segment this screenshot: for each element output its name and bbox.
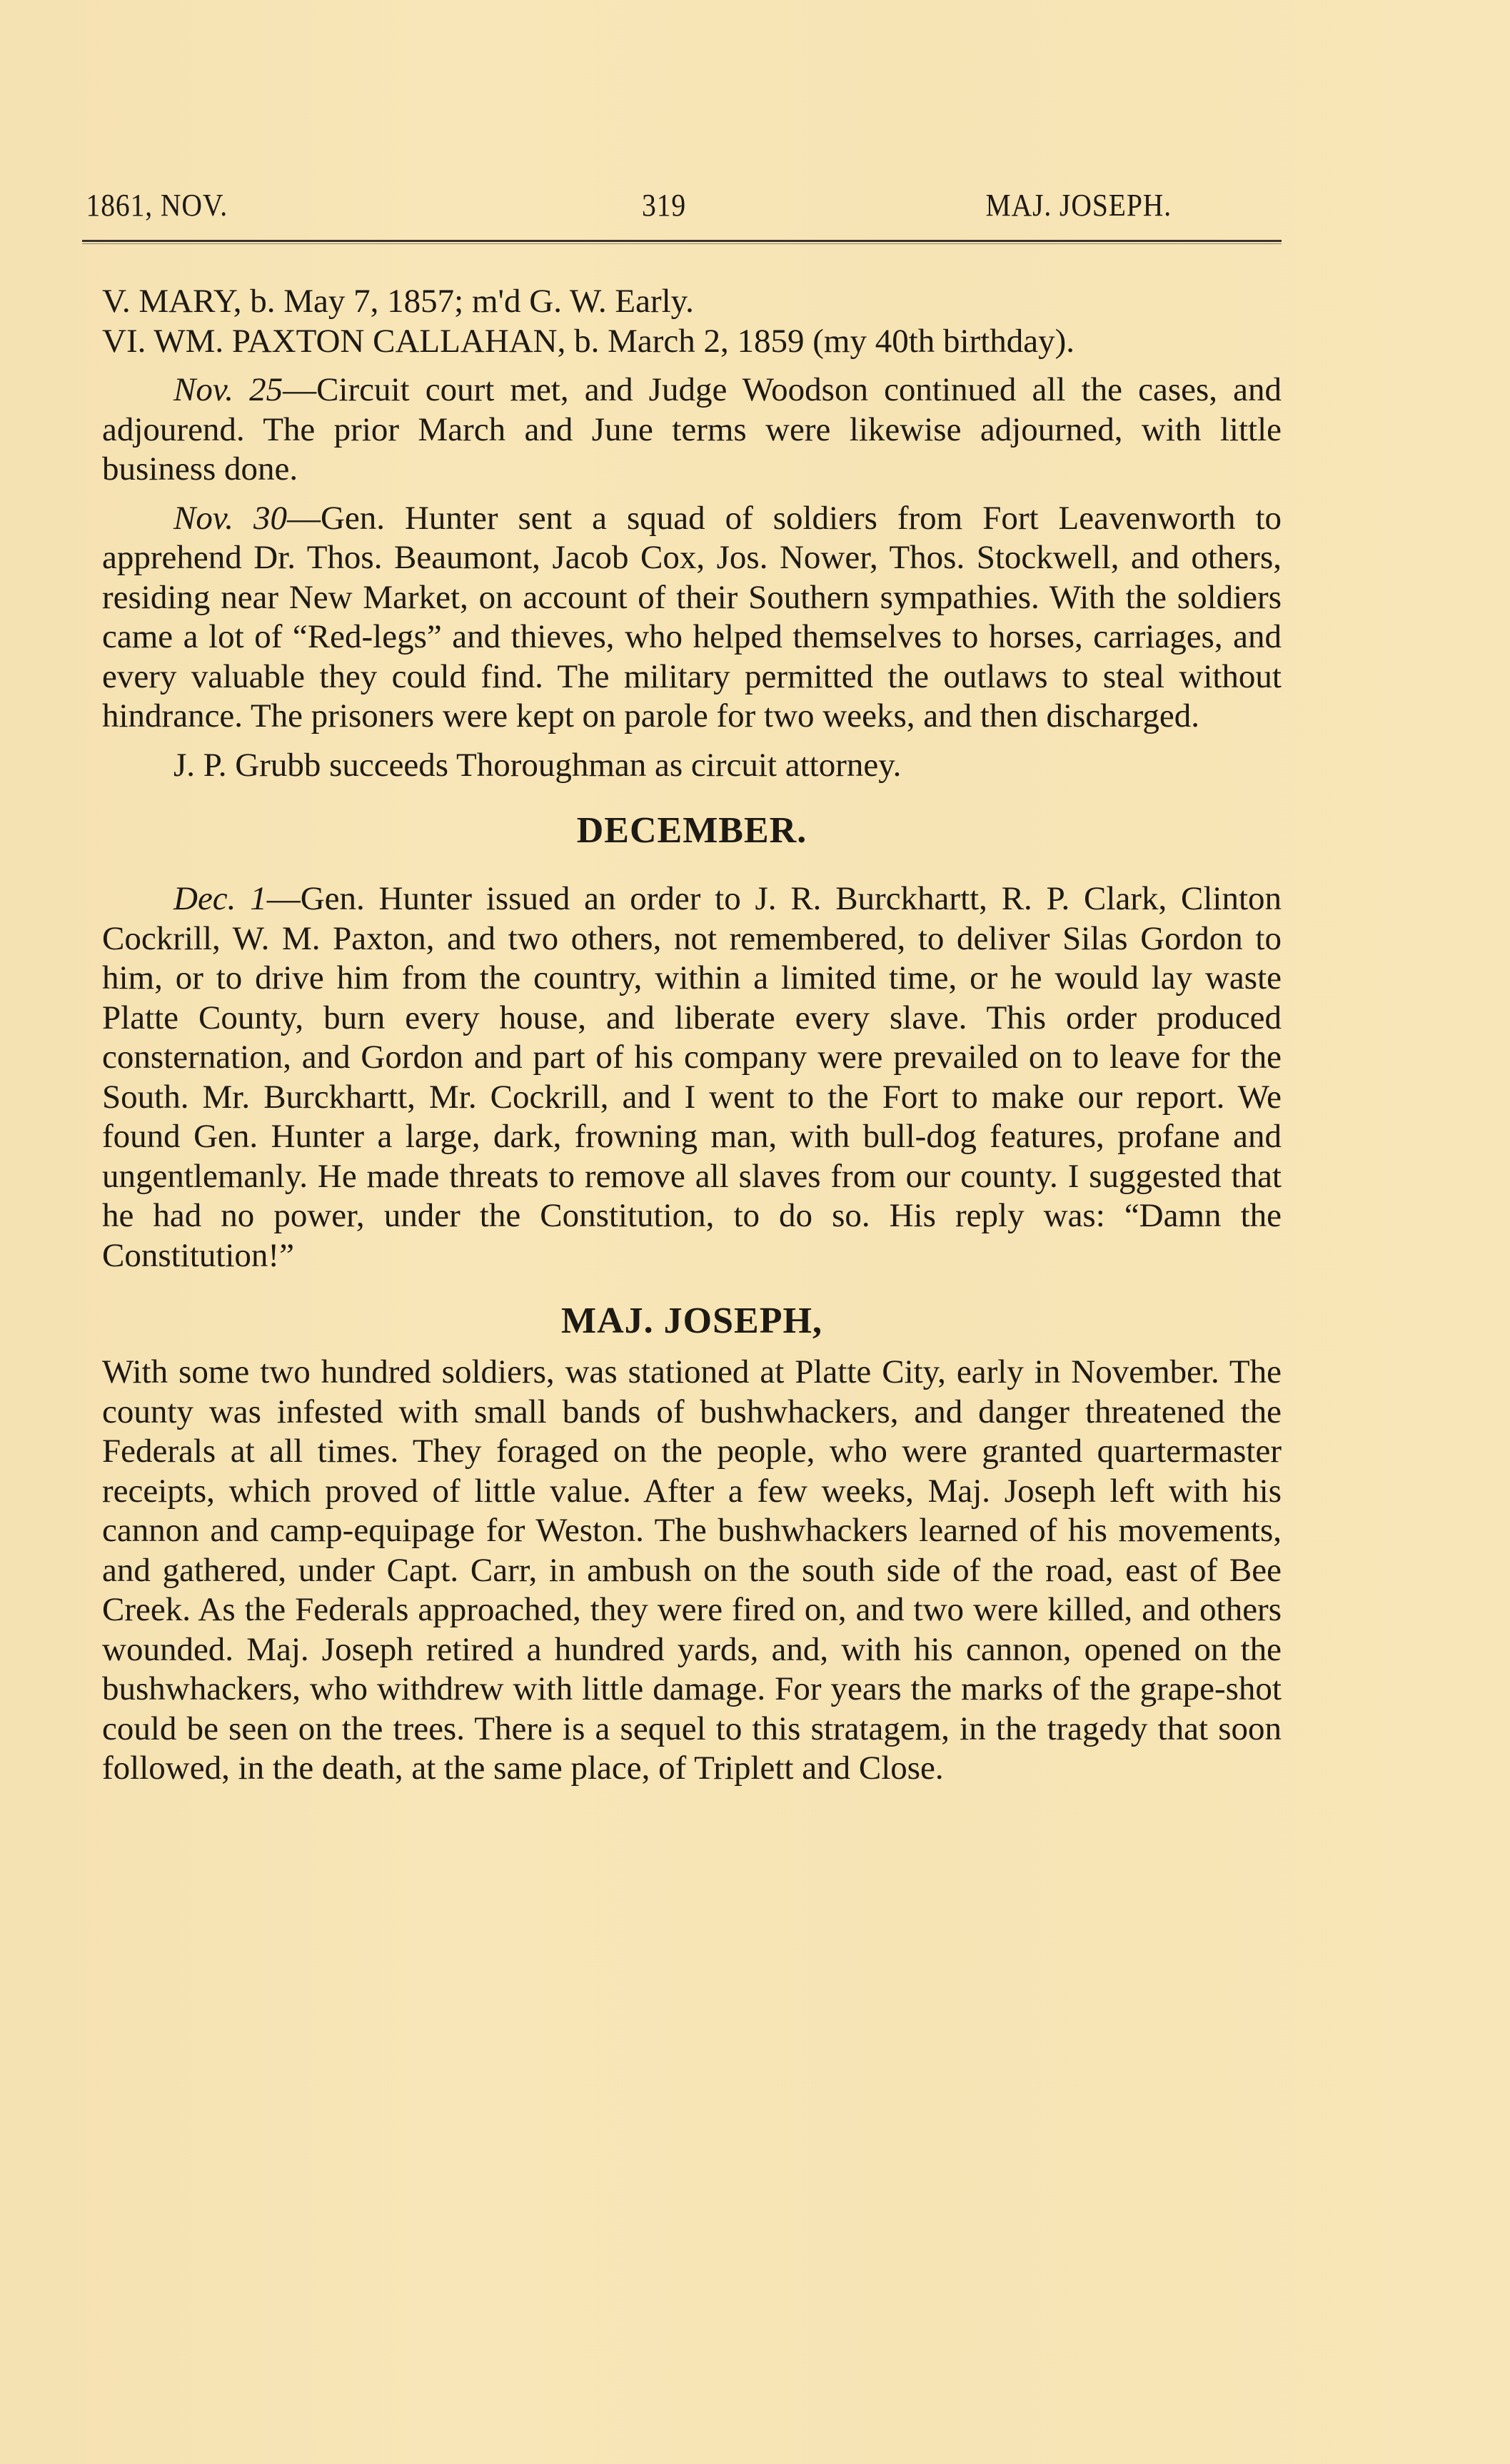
section-heading-december: DECEMBER. (102, 809, 1282, 852)
list-item-child-v: V. MARY, b. May 7, 1857; m'd G. W. Early… (102, 282, 1282, 322)
entry-text: —Gen. Hunter issued an order to J. R. Bu… (102, 880, 1282, 1274)
list-numeral: VI. (102, 323, 146, 360)
maj-joseph-paragraph: With some two hundred soldiers, was stat… (102, 1353, 1282, 1789)
entry-date: Nov. 30 (173, 500, 287, 537)
list-item-child-vi: VI. WM. PAXTON CALLAHAN, b. March 2, 185… (102, 322, 1282, 362)
list-text: MARY, b. May 7, 1857; m'd G. W. Early. (139, 283, 693, 320)
running-head-topic: MAJ. JOSEPH. (986, 187, 1172, 223)
body-text: V. MARY, b. May 7, 1857; m'd G. W. Early… (102, 282, 1282, 1789)
entry-nov-30: Nov. 30—Gen. Hunter sent a squad of sold… (102, 499, 1282, 737)
header-rule (82, 240, 1282, 242)
running-head: 1861, NOV. 319 MAJ. JOSEPH. (102, 187, 1164, 230)
entry-dec-1: Dec. 1—Gen. Hunter issued an order to J.… (102, 879, 1282, 1276)
list-numeral: V. (102, 283, 131, 320)
running-head-date: 1861, NOV. (86, 187, 228, 223)
entry-nov-25: Nov. 25—Circuit court met, and Judge Woo… (102, 370, 1282, 490)
note-grubb: J. P. Grubb succeeds Thoroughman as circ… (102, 746, 1282, 786)
entry-date: Nov. 25 (173, 371, 283, 408)
page-number: 319 (642, 187, 686, 223)
section-heading-maj-joseph: MAJ. JOSEPH, (102, 1300, 1282, 1343)
entry-date: Dec. 1 (173, 880, 267, 917)
list-text: WM. PAXTON CALLAHAN, b. March 2, 1859 (m… (153, 323, 1074, 360)
